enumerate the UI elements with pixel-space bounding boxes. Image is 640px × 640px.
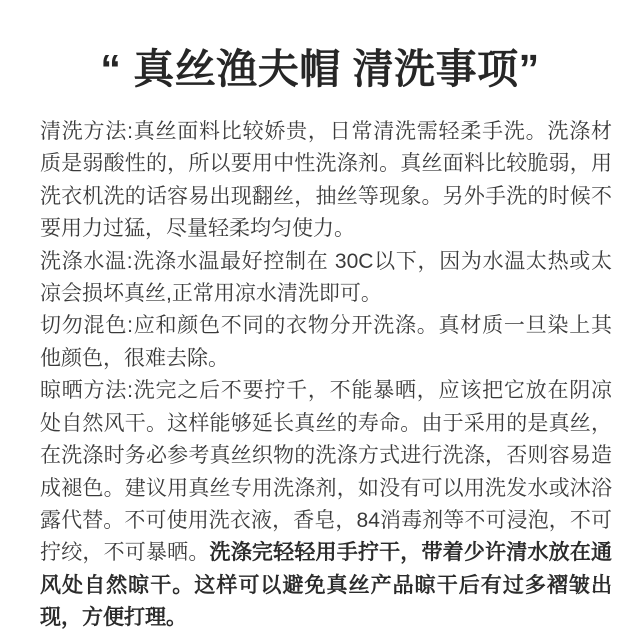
paragraph-water-temperature: 洗涤水温:洗涤水温最好控制在 30C以下，因为水温太热或太凉会损坏真丝,正常用凉… (40, 246, 612, 311)
water-temperature-text: 洗涤水温:洗涤水温最好控制在 30C以下，因为水温太热或太凉会损坏真丝,正常用凉… (40, 250, 612, 305)
paragraph-no-color-mixing: 切勿混色:应和颜色不同的衣物分开洗涤。真材质一旦染上其他颜色，很难去除。 (40, 310, 612, 375)
page-title: “ 真丝渔夫帽 清洗事项” (0, 0, 640, 91)
no-color-mixing-text: 切勿混色:应和颜色不同的衣物分开洗涤。真材质一旦染上其他颜色，很难去除。 (40, 314, 612, 369)
care-instructions-body: 清洗方法:真丝面料比较娇贵，日常清洗需轻柔手洗。洗涤材质是弱酸性的，所以要用中性… (40, 116, 612, 635)
care-instructions-page: “ 真丝渔夫帽 清洗事项” 清洗方法:真丝面料比较娇贵，日常清洗需轻柔手洗。洗涤… (0, 0, 640, 640)
paragraph-drying-method: 晾晒方法:洗完之后不要拧千，不能暴晒，应该把它放在阴凉处自然风干。这样能够延长真… (40, 375, 612, 634)
cleaning-method-text: 清洗方法:真丝面料比较娇贵，日常清洗需轻柔手洗。洗涤材质是弱酸性的，所以要用中性… (40, 120, 612, 240)
drying-method-text: 晾晒方法:洗完之后不要拧千，不能暴晒，应该把它放在阴凉处自然风干。这样能够延长真… (40, 379, 612, 564)
paragraph-cleaning-method: 清洗方法:真丝面料比较娇贵，日常清洗需轻柔手洗。洗涤材质是弱酸性的，所以要用中性… (40, 116, 612, 246)
